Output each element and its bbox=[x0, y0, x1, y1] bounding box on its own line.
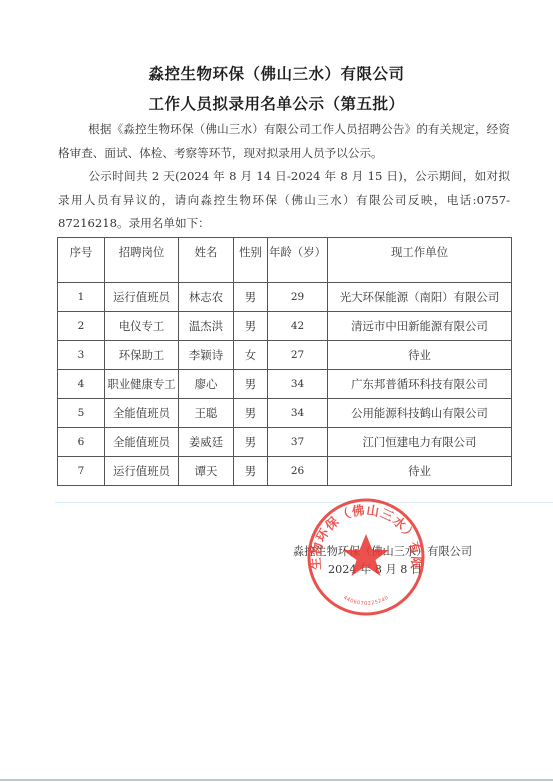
table-row: 2 电仪专工 温杰洪 男 42 清远市中田新能源有限公司 bbox=[58, 312, 512, 341]
cell-position: 运行值班员 bbox=[105, 457, 179, 486]
cell-employer: 待业 bbox=[328, 457, 512, 486]
table-row: 3 环保助工 李颖诗 女 27 待业 bbox=[58, 341, 512, 370]
header-age: 年龄（岁） bbox=[268, 238, 328, 283]
table-row: 5 全能值班员 王聪 男 34 公用能源科技鹤山有限公司 bbox=[58, 399, 512, 428]
table-row: 6 全能值班员 姜威廷 男 37 江门恒建电力有限公司 bbox=[58, 428, 512, 457]
cell-index: 2 bbox=[58, 312, 105, 341]
cell-age: 27 bbox=[268, 341, 328, 370]
cell-gender: 男 bbox=[234, 457, 268, 486]
cell-gender: 女 bbox=[234, 341, 268, 370]
notice-title: 工作人员拟录用名单公示（第五批） bbox=[0, 92, 553, 114]
cell-age: 29 bbox=[268, 283, 328, 312]
cell-position: 电仪专工 bbox=[105, 312, 179, 341]
cell-employer: 清远市中田新能源有限公司 bbox=[328, 312, 512, 341]
cell-age: 34 bbox=[268, 370, 328, 399]
cell-index: 3 bbox=[58, 341, 105, 370]
cell-gender: 男 bbox=[234, 428, 268, 457]
cell-gender: 男 bbox=[234, 283, 268, 312]
header-position: 招聘岗位 bbox=[105, 238, 179, 283]
cell-position: 运行值班员 bbox=[105, 283, 179, 312]
cell-gender: 男 bbox=[234, 370, 268, 399]
cell-age: 34 bbox=[268, 399, 328, 428]
cell-index: 6 bbox=[58, 428, 105, 457]
header-current-employer: 现工作单位 bbox=[328, 238, 512, 283]
table-row: 7 运行值班员 谭天 男 26 待业 bbox=[58, 457, 512, 486]
cell-gender: 男 bbox=[234, 399, 268, 428]
notice-period-paragraph: 公示时间共 2 天(2024 年 8 月 14 日-2024 年 8 月 15 … bbox=[58, 165, 510, 236]
header-gender: 性别 bbox=[234, 238, 268, 283]
cell-age: 37 bbox=[268, 428, 328, 457]
cell-index: 4 bbox=[58, 370, 105, 399]
company-seal-stamp: 淼控生物环保（佛山三水）有限公司 4406070225240 bbox=[305, 496, 427, 618]
header-index: 序号 bbox=[58, 238, 105, 283]
cell-name: 李颖诗 bbox=[179, 341, 234, 370]
header-name: 姓名 bbox=[179, 238, 234, 283]
cell-position: 环保助工 bbox=[105, 341, 179, 370]
cell-employer: 江门恒建电力有限公司 bbox=[328, 428, 512, 457]
divider-line bbox=[55, 502, 553, 503]
cell-age: 26 bbox=[268, 457, 328, 486]
cell-name: 林志农 bbox=[179, 283, 234, 312]
svg-text:4406070225240: 4406070225240 bbox=[342, 595, 390, 607]
cell-index: 5 bbox=[58, 399, 105, 428]
table-header-row: 序号 招聘岗位 姓名 性别 年龄（岁） 现工作单位 bbox=[58, 238, 512, 283]
cell-name: 廖心 bbox=[179, 370, 234, 399]
cell-index: 7 bbox=[58, 457, 105, 486]
document-page: 淼控生物环保（佛山三水）有限公司 工作人员拟录用名单公示（第五批） 根据《淼控生… bbox=[0, 0, 553, 782]
cell-name: 王聪 bbox=[179, 399, 234, 428]
cell-age: 42 bbox=[268, 312, 328, 341]
cell-employer: 待业 bbox=[328, 341, 512, 370]
page-bottom-border bbox=[0, 779, 553, 781]
cell-employer: 光大环保能源（南阳）有限公司 bbox=[328, 283, 512, 312]
table-row: 1 运行值班员 林志农 男 29 光大环保能源（南阳）有限公司 bbox=[58, 283, 512, 312]
cell-position: 全能值班员 bbox=[105, 399, 179, 428]
intro-paragraph: 根据《淼控生物环保（佛山三水）有限公司工作人员招聘公告》的有关规定，经资格审查、… bbox=[58, 118, 510, 165]
company-title: 淼控生物环保（佛山三水）有限公司 bbox=[0, 62, 553, 84]
cell-name: 姜威廷 bbox=[179, 428, 234, 457]
cell-employer: 广东邦普循环科技有限公司 bbox=[328, 370, 512, 399]
cell-position: 全能值班员 bbox=[105, 428, 179, 457]
cell-name: 温杰洪 bbox=[179, 312, 234, 341]
table-row: 4 职业健康专工 廖心 男 34 广东邦普循环科技有限公司 bbox=[58, 370, 512, 399]
cell-index: 1 bbox=[58, 283, 105, 312]
cell-gender: 男 bbox=[234, 312, 268, 341]
cell-name: 谭天 bbox=[179, 457, 234, 486]
hiring-list-table: 序号 招聘岗位 姓名 性别 年龄（岁） 现工作单位 1 运行值班员 林志农 男 … bbox=[57, 237, 512, 486]
cell-position: 职业健康专工 bbox=[105, 370, 179, 399]
cell-employer: 公用能源科技鹤山有限公司 bbox=[328, 399, 512, 428]
star-icon bbox=[343, 534, 389, 576]
